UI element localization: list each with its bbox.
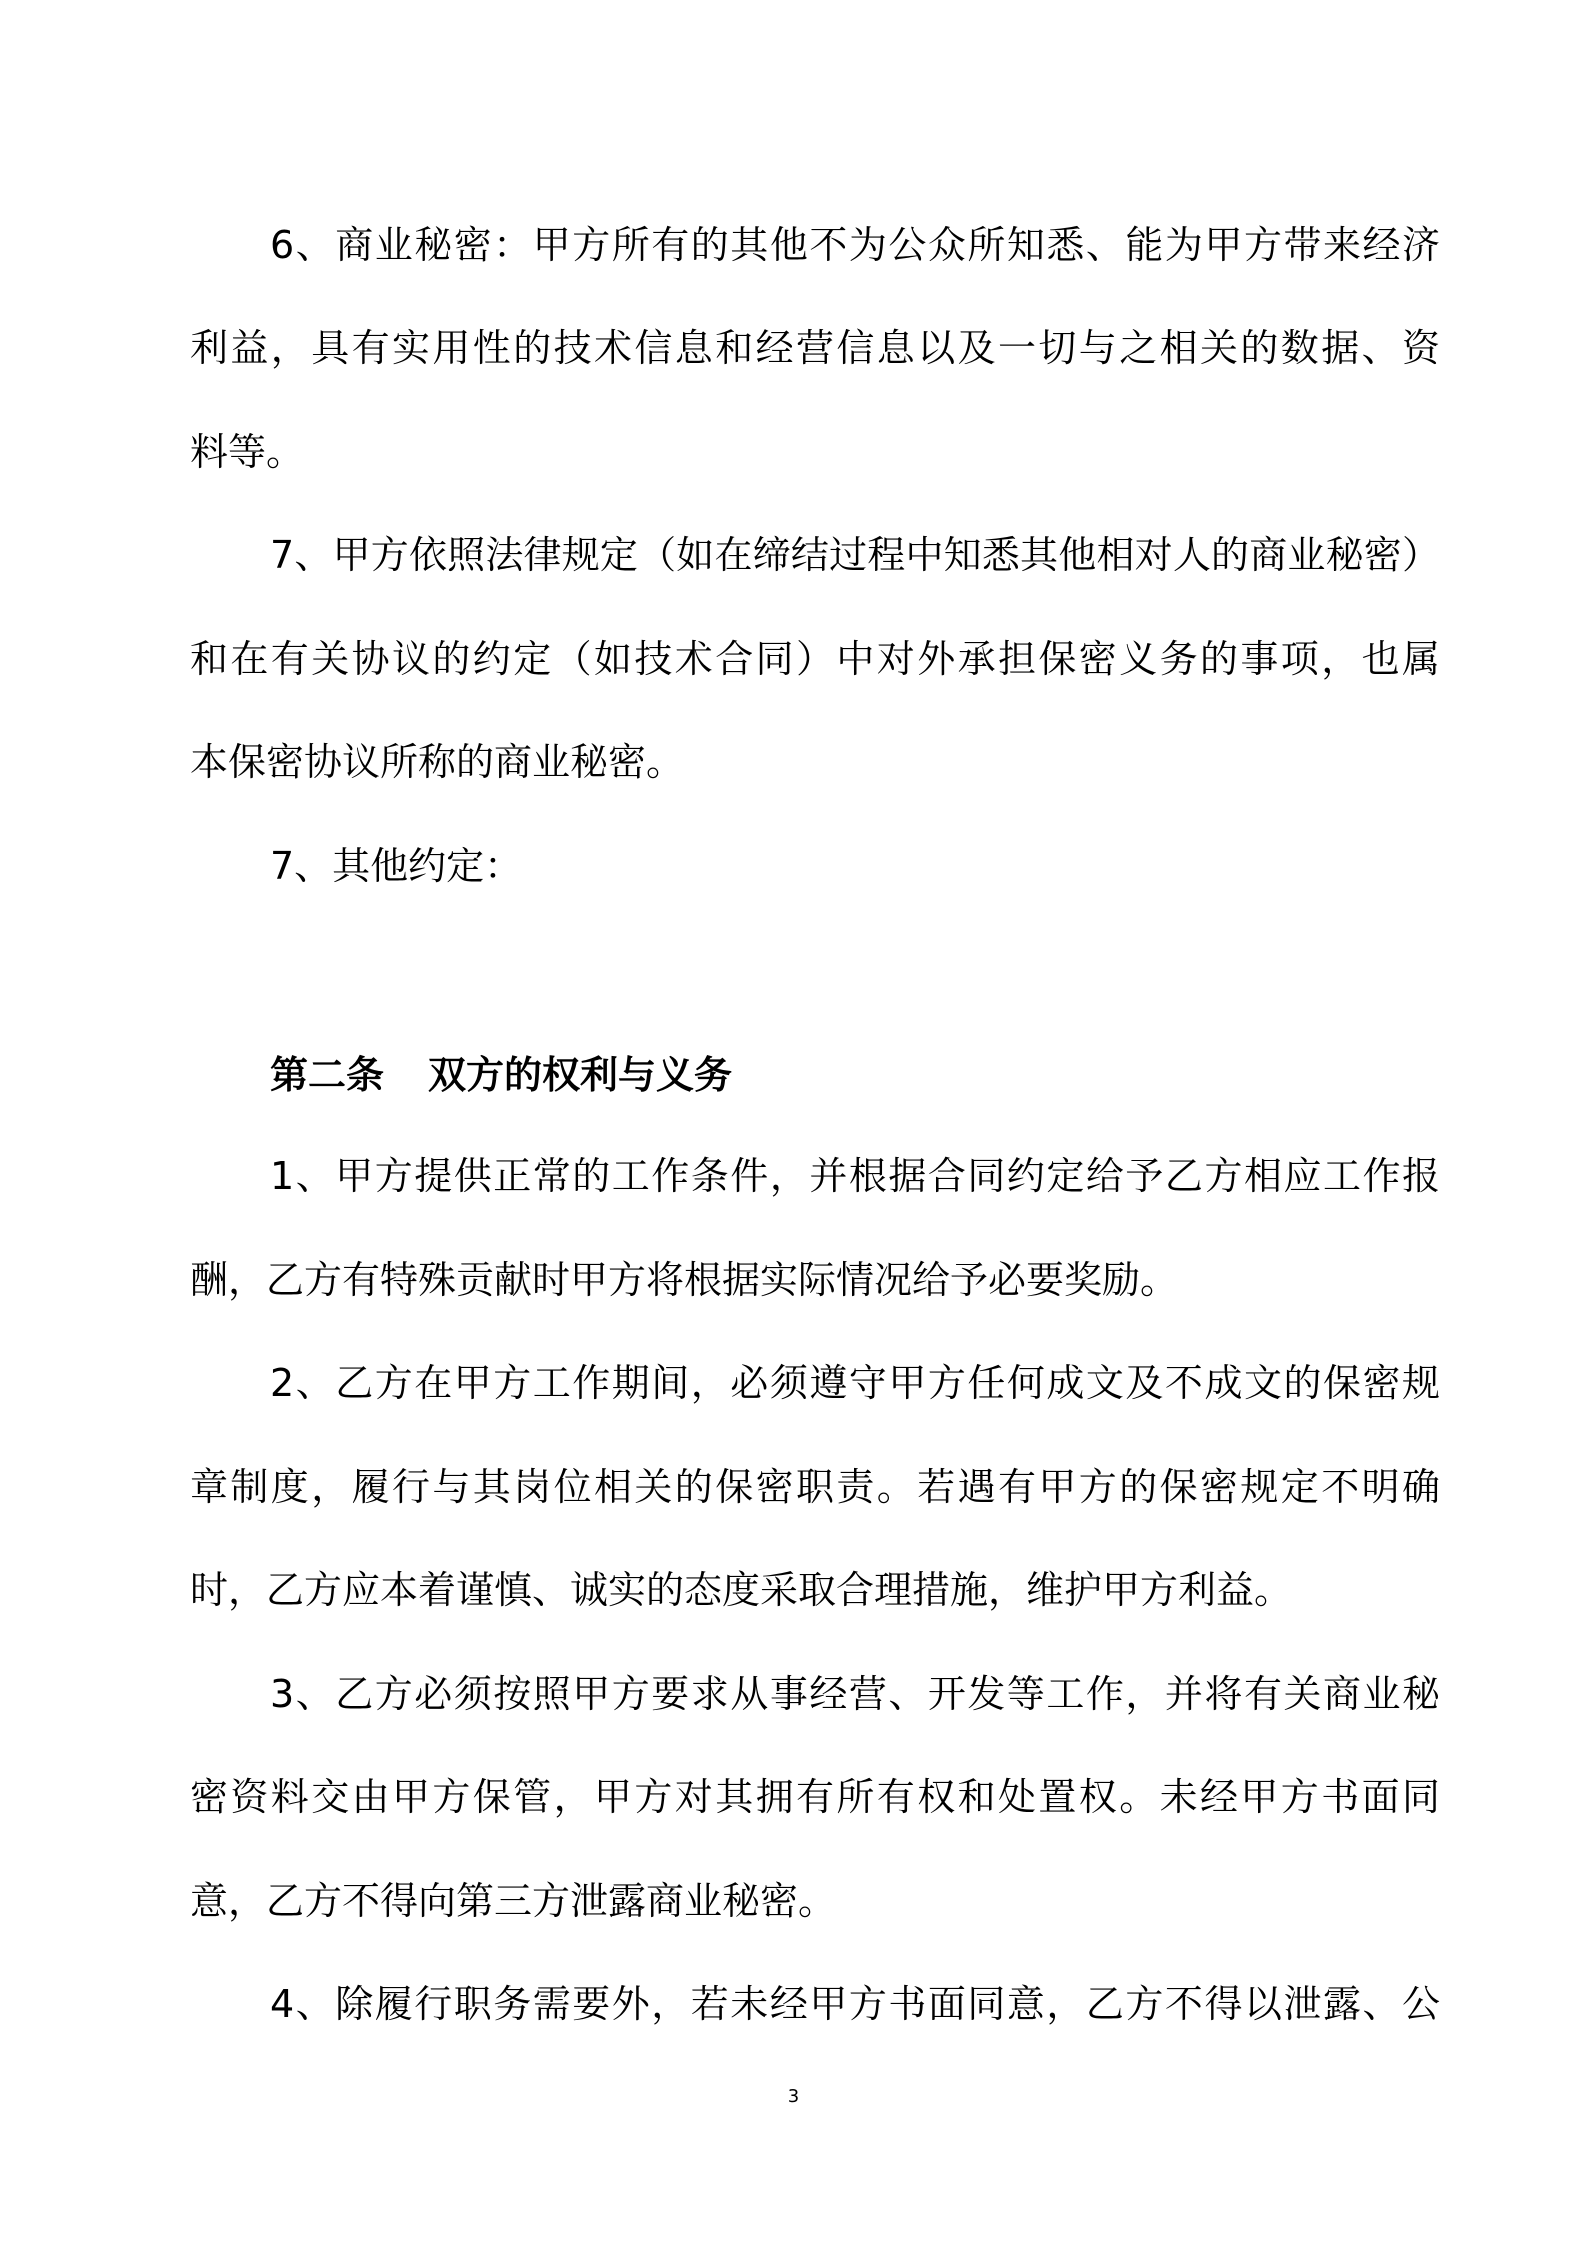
paragraph-line: 密资料交由甲方保管，甲方对其拥有所有权和处置权。未经甲方书面同 <box>190 1767 1440 1827</box>
paragraph-line: 意，乙方不得向第三方泄露商业秘密。 <box>190 1871 1440 1931</box>
article-number: 第二条 <box>270 1053 384 1097</box>
paragraph-line: 本保密协议所称的商业秘密。 <box>190 732 1440 792</box>
paragraph-line: 7、其他约定： <box>270 836 1440 896</box>
paragraph-line: 利益，具有实用性的技术信息和经营信息以及一切与之相关的数据、资 <box>190 318 1440 378</box>
paragraph-line: 1、甲方提供正常的工作条件，并根据合同约定给予乙方相应工作报 <box>270 1146 1440 1206</box>
document-page: 6、商业秘密：甲方所有的其他不为公众所知悉、能为甲方带来经济 利益，具有实用性的… <box>0 0 1587 2245</box>
paragraph-line: 和在有关协议的约定（如技术合同）中对外承担保密义务的事项，也属 <box>190 629 1440 689</box>
paragraph-line: 7、甲方依照法律规定（如在缔结过程中知悉其他相对人的商业秘密） <box>270 525 1440 585</box>
paragraph-line: 章制度，履行与其岗位相关的保密职责。若遇有甲方的保密规定不明确 <box>190 1457 1440 1517</box>
article-title: 双方的权利与义务 <box>428 1053 732 1097</box>
paragraph-line: 料等。 <box>190 422 1440 482</box>
paragraph-line: 4、除履行职务需要外，若未经甲方书面同意，乙方不得以泄露、公 <box>270 1974 1440 2034</box>
paragraph-line: 时，乙方应本着谨慎、诚实的态度采取合理措施，维护甲方利益。 <box>190 1560 1440 1620</box>
paragraph-line: 2、乙方在甲方工作期间，必须遵守甲方任何成文及不成文的保密规 <box>270 1353 1440 1413</box>
paragraph-line: 6、商业秘密：甲方所有的其他不为公众所知悉、能为甲方带来经济 <box>270 215 1440 275</box>
article-heading: 第二条双方的权利与义务 <box>270 1045 1440 1105</box>
paragraph-line: 3、乙方必须按照甲方要求从事经营、开发等工作，并将有关商业秘 <box>270 1664 1440 1724</box>
page-number: 3 <box>0 2086 1587 2107</box>
paragraph-line: 酬，乙方有特殊贡献时甲方将根据实际情况给予必要奖励。 <box>190 1250 1440 1310</box>
